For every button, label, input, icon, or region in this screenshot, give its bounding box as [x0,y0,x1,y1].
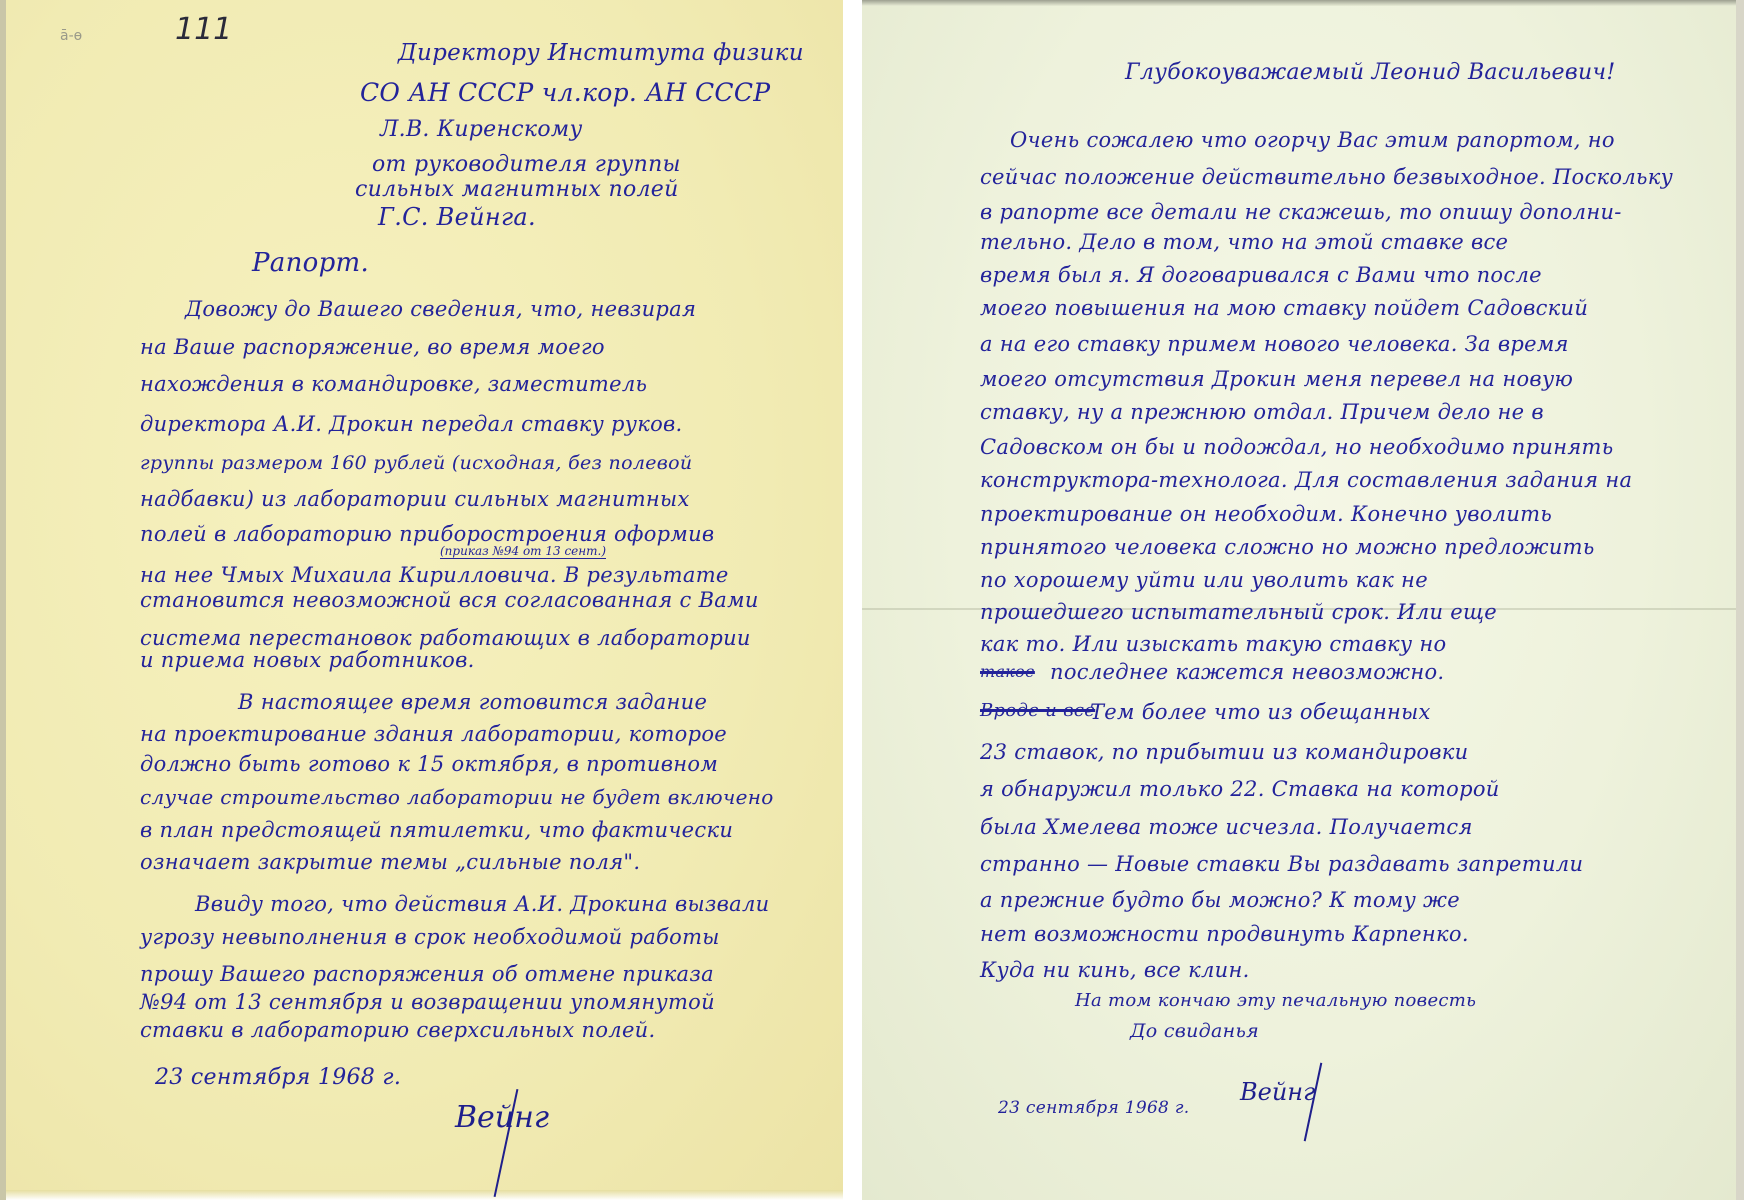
letter-line: принятого человека сложно но можно предл… [980,535,1595,559]
letter-line: 23 ставок, по прибытии из командировки [980,740,1468,764]
report-line: на проектирование здания лаборатории, ко… [140,722,727,746]
letter-line: как то. Или изыскать такую ставку но [980,632,1446,656]
addressee-line: от руководителя группы [372,152,681,177]
letter-line: Очень сожалею что огорчу Вас этим рапорт… [1010,128,1615,152]
letter-date: 23 сентября 1968 г. [998,1098,1189,1118]
report-line: нахождения в командировке, заместитель [140,372,647,396]
letter-closing: До свиданья [1130,1020,1259,1042]
letter-line: по хорошему уйти или уволить как не [980,568,1428,592]
letter-line: в рапорте все детали не скажешь, то опиш… [980,200,1622,224]
report-line: в план предстоящей пятилетки, что фактич… [140,818,733,842]
report-line: означает закрытие темы „сильные поля". [140,850,640,874]
report-line: директора А.И. Дрокин передал ставку рук… [140,412,683,436]
letter-line: Тем более что из обещанных [1090,700,1431,724]
report-line: случае строительство лаборатории не буде… [140,785,774,809]
letter-line: ставку, ну а прежнюю отдал. Причем дело … [980,400,1544,424]
report-line: В настоящее время готовится задание [238,690,707,714]
report-line: надбавки) из лаборатории сильных магнитн… [140,487,690,511]
letter-line: Садовском он бы и подождал, но необходим… [980,435,1613,459]
letter-line: странно — Новые ставки Вы раздавать запр… [980,852,1583,876]
report-line: угрозу невыполнения в срок необходимой р… [140,925,720,949]
report-line: №94 от 13 сентября и возвращении упомяну… [140,990,715,1014]
letter-line: время был я. Я договаривался с Вами что … [980,263,1542,287]
letter-line: конструктора-технолога. Для составления … [980,468,1632,492]
letter-line: а прежние будто бы можно? К тому же [980,888,1460,912]
report-line: полей в лабораторию приборостроения офор… [140,522,714,546]
addressee-line: СО АН СССР чл.кор. АН СССР [360,78,770,107]
letter-line: нет возможности продвинуть Карпенко. [980,922,1469,946]
page-gap [843,0,862,1200]
archive-page-number: 111 [175,12,232,47]
letter-line: Куда ни кинь, все клин. [980,958,1250,982]
report-line: на нее Чмых Михаила Кирилловича. В резул… [140,563,729,587]
report-line: на Ваше распоряжение, во время моего [140,335,605,359]
letter-line: а на его ставку примем нового человека. … [980,332,1569,356]
letter-line: последнее кажется невозможно. [1050,660,1444,684]
report-line: ставки в лабораторию сверхсильных полей. [140,1018,655,1042]
report-line: прошу Вашего распоряжения об отмене прик… [140,962,714,986]
report-line: должно быть готово к 15 октября, в проти… [140,752,718,776]
letter-line: моего повышения на мою ставку пойдет Сад… [980,296,1588,320]
letter-line: моего отсутствия Дрокин меня перевел на … [980,367,1573,391]
report-line: система перестановок работающих в лабора… [140,626,751,650]
page-bottom-edge [6,1190,843,1200]
crossed-out-phrase: Вроде и все [980,700,1095,721]
report-line: Довожу до Вашего сведения, что, невзирая [185,297,696,321]
crossed-out-word: такое [980,662,1035,681]
report-line: группы размером 160 рублей (исходная, бе… [140,452,692,474]
addressee-line: Г.С. Вейнга. [378,203,536,231]
letter-line: проектирование он необходим. Конечно уво… [980,502,1552,526]
addressee-line: сильных магнитных полей [355,177,679,202]
report-title: Рапорт. [252,248,369,278]
signature: Вейнг [1240,1078,1315,1106]
letter-line: я обнаружил только 22. Ставка на которой [980,777,1500,801]
letter-line: сейчас положение действительно безвыходн… [980,165,1673,189]
scan-border [1736,0,1744,1200]
letter-line: тельно. Дело в том, что на этой ставке в… [980,230,1508,254]
report-line: становится невозможной вся согласованная… [140,588,759,612]
addressee-line: Директору Института физики [398,40,804,66]
archive-stamp-mark: ā-ɵ [60,28,82,44]
letter-salutation: Глубокоуважаемый Леонид Васильевич! [1125,60,1616,85]
addressee-line: Л.В. Киренскому [380,117,583,142]
report-line: и приема новых работников. [140,648,475,672]
page-top-edge [862,0,1736,6]
report-date: 23 сентября 1968 г. [155,1065,401,1090]
signature: Вейнг [455,1100,549,1135]
scanned-letter-spread: ā-ɵ 111 Директору Института физики СО АН… [0,0,1744,1200]
letter-line: была Хмелева тоже исчезла. Получается [980,815,1473,839]
letter-line: прошедшего испытательный срок. Или еще [980,600,1497,624]
report-line: Ввиду того, что действия А.И. Дрокина вы… [195,892,769,916]
letter-line: На том кончаю эту печальную повесть [1075,990,1476,1011]
margin-insert-annotation: (приказ №94 от 13 сент.) [440,544,606,559]
